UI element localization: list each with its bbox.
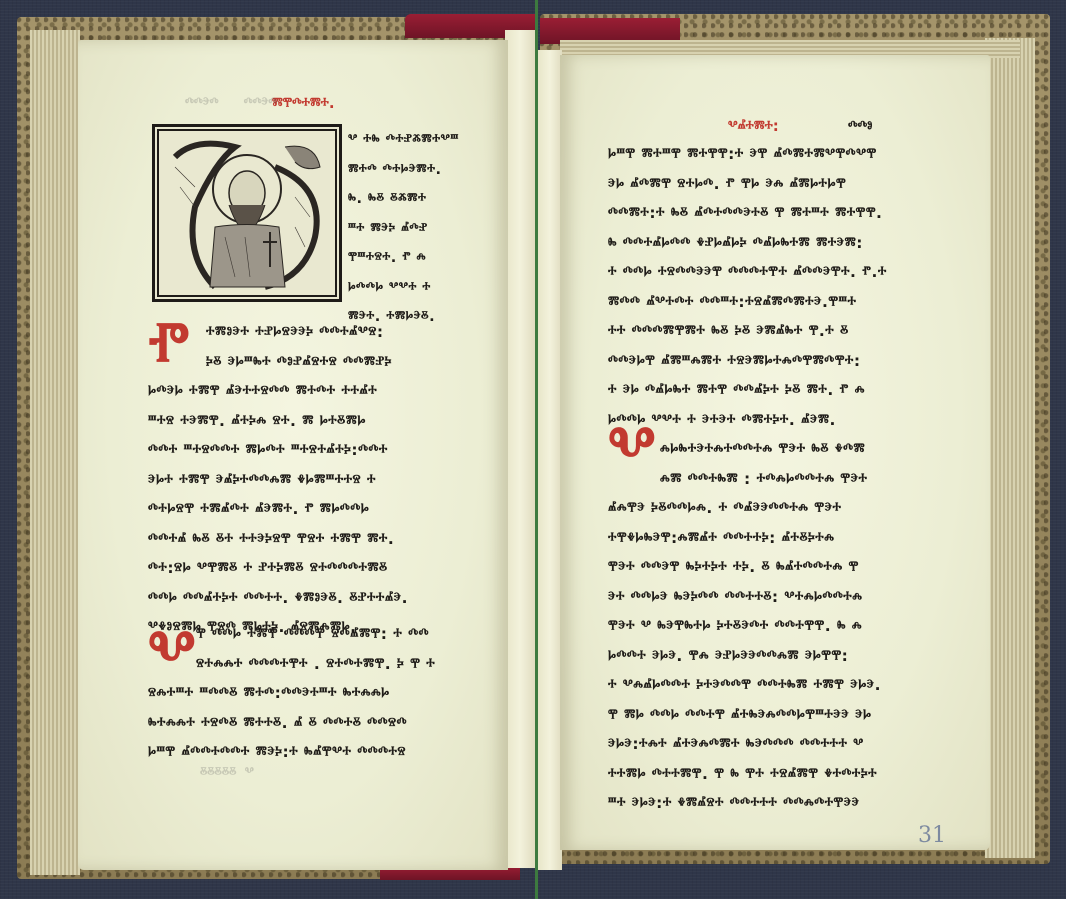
text-line: ⰴⰰⱈⱄⰹ ⰰⰿⰼⰴⰰ ⰼⰵⰿⰰ. ⱂ ⰿⱈⰴⰴⱈ xyxy=(148,495,463,525)
text-line: ⰴⰴⰵⱈⰹ ⰼⰿⱎⰾⰿⰰ ⰰⱄⰵⰿⱈⰰⰾⰴⰹⰿⰴⰹⰰ: xyxy=(608,347,918,377)
text-line: ⰹⰵⰰ ⰲ ⰸⰵⰹⰸⰰⱈ ⰽⰰⰻⰵⰴⰰ ⰴⰴⰰⰹⰹ. ⰸ ⰾ xyxy=(608,612,918,642)
text-line: ⰵⱈ ⰼⰴⰿⰹ ⱄⰰⱈⰴ. ⱂ ⰹⱈ ⰵⰾ ⰼⰿⱈⰰⱈⰹ xyxy=(608,170,918,200)
left-gutter xyxy=(505,30,535,868)
text-line: ⰽⰻ ⰵⱈⱎⰸⰰ ⰴⱁⱀⰼⱄⰰⱄ ⰴⰴⰿⱀⰽ xyxy=(148,348,463,378)
text-line: ⰰⰰⰿⱈ ⰴⰰⰰⰿⰹ. ⰹ ⰸ ⰹⰰ ⰰⱄⰼⰿⰹ ⰷⰰⰴⰰⰽⰰ xyxy=(608,760,918,790)
text-line: ⰰⰹⰷⱈⰸⰵⰹ:ⰾⰿⰼⰰ ⰴⰴⰰⰰⰽ: ⰼⰰⰻⰽⰰⰾ xyxy=(608,524,918,554)
text-line: ⰵⰰ ⰴⰴⱈⰵ ⰸⰵⰽⰴⰴ ⰴⰴⰰⰰⰻ: ⰲⰰⰾⱈⰴⰴⰰⰾ xyxy=(608,583,918,613)
text-line: ⱈⰴⰵⱈ ⰰⰿⰹ ⰼⰵⰰⰰⱄⰴⰴ ⰿⰰⰴⰰ ⰰⰰⰼⰰ xyxy=(148,377,463,407)
right-body-text-top: ⱈⱎⰹ ⰿⰰⱎⰹ ⰿⰰⰹⰹ:ⰰ ⰵⰹ ⰼⰴⰿⰰⰿⰲⰹⰴⰲⰹ ⰵⱈ ⰼⰴⰿⰹ ⱄⰰ… xyxy=(608,140,918,435)
text-line: ⰹ ⰴⰴⱈ ⰰⰿⰹ ⰴⰴⰴⰹ ⱄⰴⰼⰿⰹ: ⰰ ⰴⰴ xyxy=(148,620,463,650)
text-line: ⰴⰴⱈ ⰴⰴⰼⰰⰽⰰ ⰴⰴⰰⰰ. ⰷⰿⱁⰵⰻ. ⰻⱀⰰⰰⰼⰵ. xyxy=(148,584,463,614)
text-line: ⰿⰰⰴ ⰴⰰⱈⰵⰿⰰ. xyxy=(348,156,478,186)
right-running-head-black: ⰴⰴⱁ xyxy=(848,117,872,135)
text-line: ⱎⰰ ⰵⱈⰵ:ⰰ ⰷⰿⰼⱄⰰ ⰴⰴⰰⰰⰰ ⰴⰴⰾⰴⰰⰹⰵⰵ xyxy=(608,789,918,819)
text-line: ⰸⰰⰾⰾⰰ ⰰⱄⰴⰻ ⰿⰰⰰⰻ. ⰼ ⰻ ⰴⰴⰰⰻ ⰴⰴⱄⰴ xyxy=(148,709,463,739)
bleedthrough-text: ⰻⰻⰻⰻⰻ ⰲ xyxy=(200,765,254,781)
text-line: ⰵⱈⰵ:ⰰⰾⰰ ⰼⰰⰵⰾⰴⰿⰰ ⰸⰵⰴⰴⰴ ⰴⰴⰰⰰⰰ ⰲ xyxy=(608,730,918,760)
folio-number: 31 xyxy=(918,823,946,848)
text-line: ⰴⰴⰰ ⱎⰰⱄⰴⰴⰰ ⰿⱈⰴⰰ ⱎⰰⱄⰰⰼⰰⰽ:ⰴⰴⰰ xyxy=(148,436,463,466)
left-running-head: ⰿⰹⰴⰰⰿⰰ. xyxy=(272,94,335,112)
text-line: ⰸ. ⰸⰻ ⰻⰶⰿⰰ xyxy=(348,185,478,215)
text-line: ⱈⱎⰹ ⰿⰰⱎⰹ ⰿⰰⰹⰹ:ⰰ ⰵⰹ ⰼⰴⰿⰰⰿⰲⰹⰴⰲⰹ xyxy=(608,140,918,170)
text-line: ⰾⱈⰸⰰⰵⰰⰾⰰⰴⰴⰰⰾ ⰹⰵⰰ ⰸⰻ ⰷⰴⰿ xyxy=(608,435,918,465)
text-line: ⰴⰴⰿⰰ:ⰰ ⰸⰻ ⰼⰴⰰⰴⰴⰵⰰⰻ ⰹ ⰿⰰⱎⰰ ⰿⰰⰹⰹ. xyxy=(608,199,918,229)
text-line: ⱄⰰⰾⰾⰰ ⰴⰴⰴⰰⰹⰰ . ⱄⰰⰴⰰⰿⰹ. ⰽ ⰹ ⰰ xyxy=(148,650,463,680)
text-line: ⰰⰿⱁⰵⰰ ⰰⱀⱈⱄⰵⰵⰽ ⰴⰴⰰⰼⰲⱄ: xyxy=(148,318,463,348)
text-line: ⰹⰵⰰ ⰴⰴⰵⰹ ⰸⰽⰰⰽⰰ ⰰⰽ. ⰻ ⰸⰼⰰⰴⰴⰰⰾ ⰹ xyxy=(608,553,918,583)
text-line: ⰵⱈⰰ ⰰⰿⰹ ⰵⰼⰽⰰⰴⰴⰾⰿ ⰷⱈⰿⱎⰰⰰⱄ ⰰ xyxy=(148,466,463,496)
right-gutter xyxy=(538,50,562,870)
text-line: ⰿⰴⰴ ⰼⰲⰰⰴⰰ ⰴⰴⱎⰰ:ⰰⱄⰼⰿⰴⰿⰰⰵ.ⰹⱎⰰ xyxy=(608,288,918,318)
right-page-edges xyxy=(985,38,1035,858)
text-line: ⱎⰰⱄ ⰰⰵⰿⰹ. ⰼⰰⰽⰾ ⱄⰰ. ⰿ ⱈⰰⰻⰿⱈ xyxy=(148,407,463,437)
text-line: ⰰ ⰲⰾⰼⱈⰴⰴⰰ ⰽⰰⰵⰴⰴⰹ ⰴⰴⰰⰸⰿ ⰰⰿⰹ ⰵⱈⰵ. xyxy=(608,671,918,701)
right-body-text-initial: ⰾⱈⰸⰰⰵⰰⰾⰰⰴⰴⰰⰾ ⰹⰵⰰ ⰸⰻ ⰷⰴⰿ ⰾⰿ ⰴⰴⰰⰸⰿ : ⰰⰴⰾⱈⰴ… xyxy=(608,435,918,494)
left-body-text: ⰰⰿⱁⰵⰰ ⰰⱀⱈⱄⰵⰵⰽ ⰴⰴⰰⰼⰲⱄ: ⰽⰻ ⰵⱈⱎⰸⰰ ⰴⱁⱀⰼⱄⰰⱄ ⰴ… xyxy=(148,318,463,643)
lines-beside-woodcut: ⰲ ⰰⰸ ⰴⰰⱀⰶⰿⰰⰲⱎ ⰿⰰⰴ ⰴⰰⱈⰵⰿⰰ. ⰸ. ⰸⰻ ⰻⰶⰿⰰ ⱎⰰ … xyxy=(348,126,478,333)
text-line: ⱎⰰ ⰿⰵⰽ ⰼⰴⱀ xyxy=(348,215,478,245)
text-line: ⰴⰰ:ⱄⱈ ⰲⰹⰿⰻ ⰰ ⱀⰰⰽⰿⰻ ⱄⰰⰴⰴⰴⰰⰿⰻ xyxy=(148,554,463,584)
bleedthrough-head: ⰴⰴⰵⰴ ⰴⰴⰵⰴ xyxy=(185,95,277,111)
text-line: ⱄⰾⰰⱎⰰ ⱎⰴⰴⰻ ⰿⰰⰴ:ⰴⰴⰵⰰⱎⰰ ⰸⰰⰾⰾⱈ xyxy=(148,679,463,709)
text-line: ⰸ ⰴⰴⰰⰼⱈⰴⰴ ⰷⱀⱈⰼⱈⰽ ⰴⰼⱈⰸⰰⰿ ⰿⰰⰵⰿ: xyxy=(608,229,918,259)
text-line: ⱈⰴⰴⱈ ⰲⰲⰰ ⰰ xyxy=(348,274,478,304)
text-line: ⱈⱎⰹ ⰼⰴⰴⰰⰴⰴⰰ ⰿⰵⰽ:ⰰ ⰸⰼⰹⰲⰰ ⰴⰴⰴⰰⱄ xyxy=(148,738,463,768)
right-running-head-red: ⰲⰼⰰⰿⰰ: xyxy=(728,117,779,135)
text-line: ⰹⱎⰰⱄⰰ. ⱂ ⰾ xyxy=(348,244,478,274)
text-line: ⰰ ⰴⰴⱈ ⰰⱄⰴⰴⰵⰵⰹ ⰴⰴⰴⰰⰹⰰ ⰼⰴⰴⰵⰹⰰ. ⱂ.ⰰ xyxy=(608,258,918,288)
center-divider-line xyxy=(535,0,538,899)
text-line: ⰹ ⰿⱈ ⰴⰴⱈ ⰴⰴⰰⰹ ⰼⰰⰸⰵⰾⰴⰴⱈⰹⱎⰰⰵⰵ ⰵⱈ xyxy=(608,701,918,731)
text-line: ⰲ ⰰⰸ ⰴⰰⱀⰶⰿⰰⰲⱎ xyxy=(348,126,478,156)
saint-woodcut-illustration xyxy=(155,127,339,299)
text-line: ⱈⰴⰴⰰ ⰵⱈⰵ. ⰹⰾ ⰵⱀⱈⰵⰵⰴⰴⰾⰿ ⰵⱈⰹⰹ: xyxy=(608,642,918,672)
text-line: ⰰⰰ ⰴⰴⰴⰿⰹⰿⰰ ⰸⰻ ⰽⰻ ⰵⰿⰼⰸⰰ ⰹ.ⰰ ⰻ xyxy=(608,317,918,347)
right-body-text-bottom: ⰼⰾⰹⰵ ⰽⰻⰴⰴⱈⰾ. ⰰ ⰴⰼⰵⰵⰴⰴⰰⰾ ⰹⰵⰰ ⰰⰹⰷⱈⰸⰵⰹ:ⰾⰿⰼⰰ… xyxy=(608,494,918,819)
text-line: ⰴⰴⰰⰼ ⰸⰻ ⰻⰰ ⰰⰰⰵⰽⱄⰹ ⰹⱄⰰ ⰰⰿⰹ ⰿⰰ. xyxy=(148,525,463,555)
text-line: ⰰ ⰵⱈ ⰴⰼⱈⰸⰰ ⰿⰰⰹ ⰴⰴⰼⰽⰰ ⰽⰻ ⰿⰰ. ⱂ ⰾ xyxy=(608,376,918,406)
left-body-text-2: ⰹ ⰴⰴⱈ ⰰⰿⰹ ⰴⰴⰴⰹ ⱄⰴⰼⰿⰹ: ⰰ ⰴⰴ ⱄⰰⰾⰾⰰ ⰴⰴⰴⰰⰹⰰ … xyxy=(148,620,463,768)
text-line: ⰾⰿ ⰴⰴⰰⰸⰿ : ⰰⰴⰾⱈⰴⰴⰰⰾ ⰹⰵⰰ xyxy=(608,465,918,495)
text-line: ⰼⰾⰹⰵ ⰽⰻⰴⰴⱈⰾ. ⰰ ⰴⰼⰵⰵⰴⰴⰰⰾ ⰹⰵⰰ xyxy=(608,494,918,524)
woodcut-initial-saint xyxy=(152,124,342,302)
left-page-edges xyxy=(30,30,80,875)
